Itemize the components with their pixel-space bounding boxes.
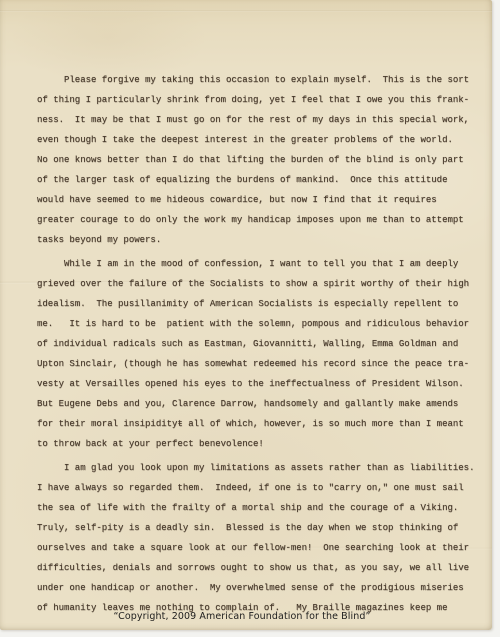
letter-line: ourselves and take a square look at our … xyxy=(37,538,472,558)
letter-line: of individual radicals such as Eastman, … xyxy=(37,334,472,354)
letter-line: the sea of life with the frailty of a mo… xyxy=(37,498,472,518)
letter-line: Upton Sinclair, (though he has somewhat … xyxy=(37,354,472,374)
letter-line: Please forgive my taking this occasion t… xyxy=(37,70,472,90)
letter-line: While I am in the mood of confession, I … xyxy=(37,254,472,274)
letter-line: ness. It may be that I must go on for th… xyxy=(37,110,472,130)
letter-paper: Please forgive my taking this occasion t… xyxy=(0,0,492,630)
letter-line: me. It is hard to be patient with the so… xyxy=(37,314,472,334)
letter-line: greater courage to do only the work my h… xyxy=(37,210,472,230)
letter-line: tasks beyond my powers. xyxy=(37,230,472,250)
letter-line: of the larger task of equalizing the bur… xyxy=(37,170,472,190)
letter-line: would have seemed to me hideous cowardic… xyxy=(37,190,472,210)
paper-crease-top xyxy=(0,10,492,12)
letter-line: But Eugene Debs and you, Clarence Darrow… xyxy=(37,394,472,414)
copyright-line: “Copyright, 2009 American Foundation for… xyxy=(0,611,484,622)
letter-line: I am glad you look upon my limitations a… xyxy=(37,458,472,478)
letter-line: vesty at Versailles opened his eyes to t… xyxy=(37,374,472,394)
letter-paragraph: Please forgive my taking this occasion t… xyxy=(37,70,472,250)
letter-line: idealism. The pusillanimity of American … xyxy=(37,294,472,314)
scanned-letter-page: Please forgive my taking this occasion t… xyxy=(0,0,500,637)
letter-line: No one knows better than I do that lifti… xyxy=(37,150,472,170)
letter-paragraph: I am glad you look upon my limitations a… xyxy=(37,458,472,618)
letter-line: of thing I particularly shrink from doin… xyxy=(37,90,472,110)
letter-line: I have always so regarded them. Indeed, … xyxy=(37,478,472,498)
letter-line: difficulties, denials and sorrows ought … xyxy=(37,558,472,578)
letter-body: Please forgive my taking this occasion t… xyxy=(37,70,472,618)
letter-line: grieved over the failure of the Socialis… xyxy=(37,274,472,294)
letter-line: under one handicap or another. My overwh… xyxy=(37,578,472,598)
letter-line: Truly, self-pity is a deadly sin. Blesse… xyxy=(37,518,472,538)
letter-line: to throw back at your perfect benevolenc… xyxy=(37,434,472,454)
letter-line: for their moral insipidityŧ all of which… xyxy=(37,414,472,434)
letter-paragraph: While I am in the mood of confession, I … xyxy=(37,254,472,454)
letter-line: even though I take the deepest interest … xyxy=(37,130,472,150)
